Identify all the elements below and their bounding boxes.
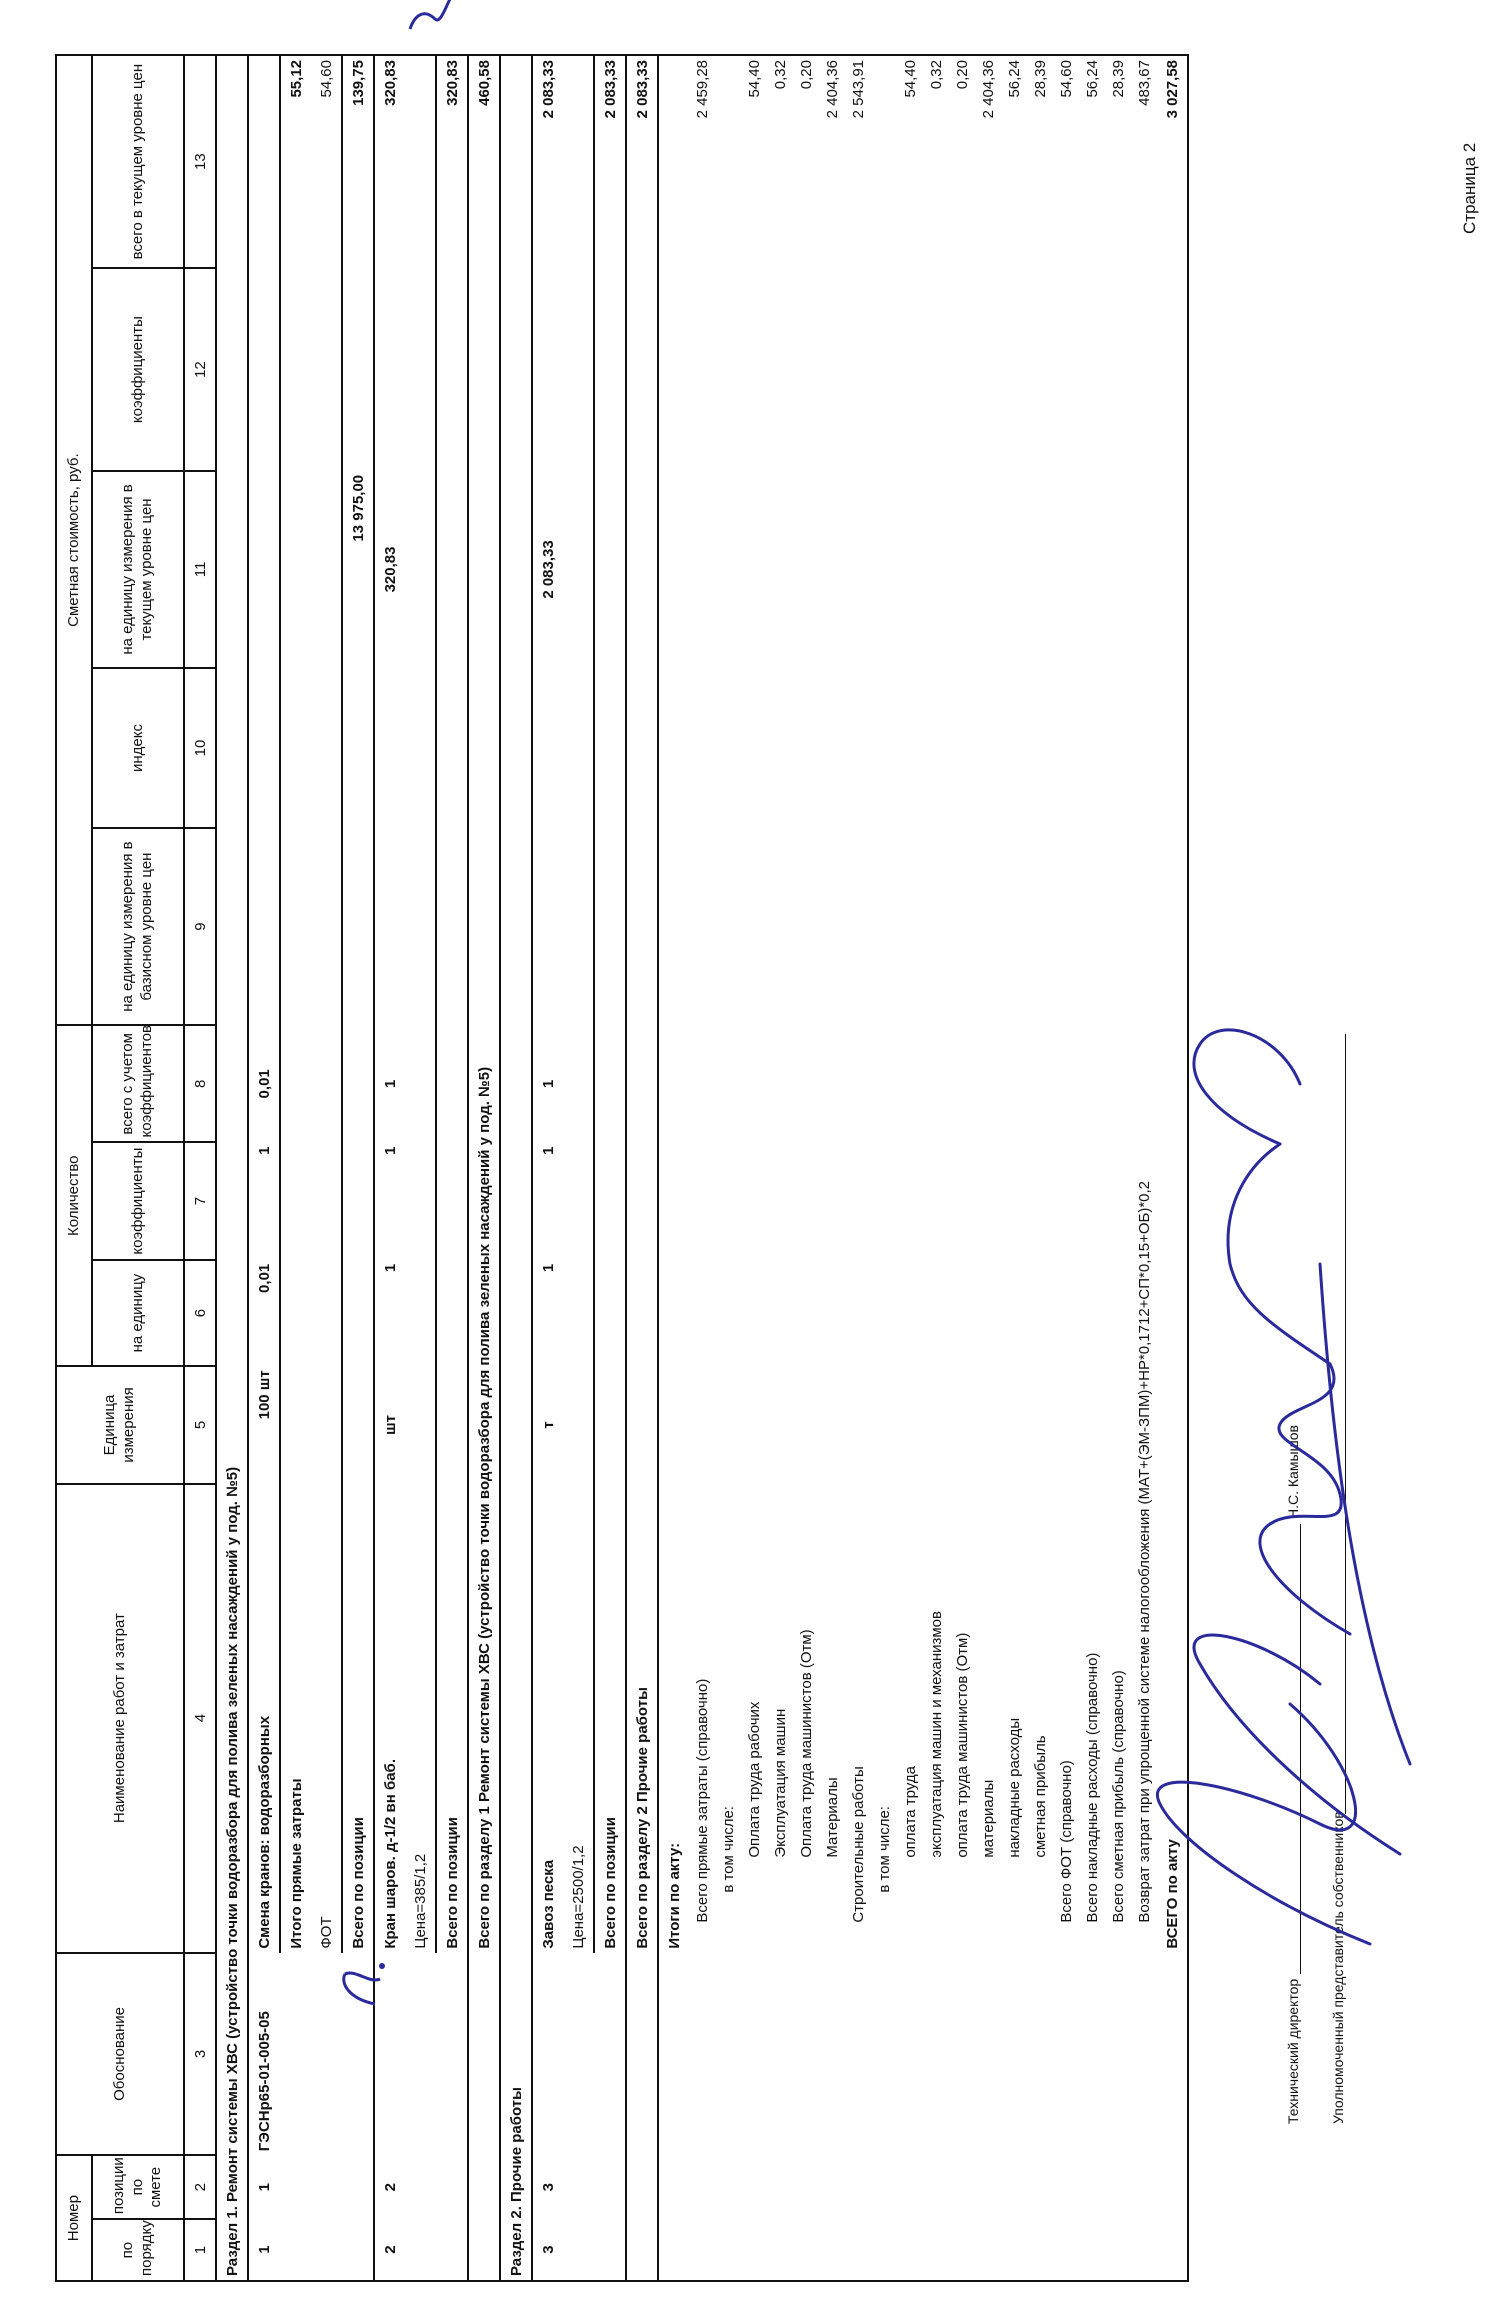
totals-row-label: Оплата труда машинистов (Отм) (793, 268, 819, 1952)
item-total-qty: 1 (374, 1025, 405, 1142)
document-page: Номер Обоснование Наименование работ и з… (0, 0, 1507, 2314)
totals-row-value: 28,39 (1105, 55, 1131, 268)
colnum: 8 (184, 1025, 216, 1142)
totals-row: накладные расходы56,24 (1001, 55, 1027, 2281)
section-2-total-row: Всего по разделу 2 Прочие работы 2 083,3… (626, 55, 658, 2281)
totals-row-value: 0,20 (793, 55, 819, 268)
item-code: ГЭСНр65-01-005-05 (248, 1953, 280, 2156)
section-2-total-label: Всего по разделу 2 Прочие работы (626, 268, 658, 1952)
page-number: Страница 2 (1460, 143, 1480, 234)
totals-title-row: Итоги по акту: (658, 55, 689, 2281)
colnum: 7 (184, 1142, 216, 1259)
header-nomer: Номер (56, 2155, 92, 2281)
header-vsego-s-uchetom: всего с учетом коэффициентов (92, 1025, 184, 1142)
header-baz: на единицу измерения в базисном уровне ц… (92, 828, 184, 1025)
totals-row: Строительные работы2 543,91 (845, 55, 871, 2281)
fot-label: ФОТ (311, 1484, 342, 1953)
section-2-total-value: 2 083,33 (626, 55, 658, 268)
table-row: 3 3 Завоз песка т 1 1 1 2 083,33 2 083,3… (532, 55, 563, 2281)
totals-row-label: Оплата труда рабочих (741, 268, 767, 1952)
totals-row-value: 0,32 (767, 55, 793, 268)
table-row: Всего по позиции 320,83 (436, 55, 468, 2281)
header-tek: на единицу измерения в текущем уровне це… (92, 471, 184, 668)
totals-row-value: 2 459,28 (689, 55, 715, 268)
direct-costs-label: Итого прямые затраты (280, 1484, 311, 1953)
totals-row-label: оплата труда машинистов (Отм) (949, 268, 975, 1952)
position-total-value: 139,75 (342, 55, 374, 268)
item-per-unit: 0,01 (248, 1260, 280, 1367)
header-koef: коэффициенты (92, 1142, 184, 1259)
totals-row-label: сметная прибыль (1027, 268, 1053, 1952)
totals-row-value: 0,20 (949, 55, 975, 268)
column-numbers-row: 1 2 3 4 5 6 7 8 9 10 11 12 13 (184, 55, 216, 2281)
section-1-total-value: 460,58 (468, 55, 500, 268)
header-po-poryadku: по порядку (92, 2219, 184, 2281)
totals-row-label: Материалы (819, 268, 845, 1952)
handwritten-signature-icon (1120, 964, 1420, 1964)
colnum: 11 (184, 471, 216, 668)
item-unit: 100 шт (248, 1366, 280, 1483)
totals-row-label: Всего ФОТ (справочно) (1053, 268, 1079, 1952)
totals-row: оплата труда54,40 (897, 55, 923, 2281)
table-row: ФОТ 54,60 (311, 55, 342, 2281)
price-current: 320,83 (374, 471, 405, 668)
direct-costs-value: 55,12 (280, 55, 311, 268)
item-position: 1 (248, 2155, 280, 2219)
handwritten-mark-icon (330, 1954, 390, 2014)
colnum: 1 (184, 2219, 216, 2281)
table-row: Итого прямые затраты 55,12 (280, 55, 311, 2281)
header-vsego-tek: всего в текущем уровне цен (92, 55, 184, 268)
totals-title: Итоги по акту: (658, 268, 689, 1952)
totals-row: оплата труда машинистов (Отм)0,20 (949, 55, 975, 2281)
totals-row-label: в том числе: (715, 268, 741, 1952)
colnum: 5 (184, 1366, 216, 1483)
colnum: 3 (184, 1953, 216, 2156)
totals-row: эксплуатация машин и механизмов0,32 (923, 55, 949, 2281)
section-2-title-row: Раздел 2. Прочие работы (500, 55, 532, 2281)
item-coef: 1 (374, 1142, 405, 1259)
totals-row: в том числе: (715, 55, 741, 2281)
totals-row-value: 56,24 (1001, 55, 1027, 268)
colnum: 4 (184, 1484, 216, 1953)
price-current: 2 083,33 (532, 471, 563, 668)
totals-row: Всего ФОТ (справочно)54,60 (1053, 55, 1079, 2281)
header-edinica: Единица измерения (56, 1366, 184, 1483)
item-unit: шт (374, 1366, 405, 1483)
totals-row: Всего накладные расходы (справочно)56,24 (1079, 55, 1105, 2281)
position-total-value: 2 083,33 (594, 55, 626, 268)
header-naimenovanie: Наименование работ и затрат (56, 1484, 184, 1953)
grand-total-value: 3 027,58 (1157, 55, 1188, 268)
handwritten-page-mark-icon (400, 0, 460, 44)
totals-row-label: Всего прямые затраты (справочно) (689, 268, 715, 1952)
section-1-title: Раздел 1. Ремонт системы ХВС (устройство… (216, 55, 248, 2281)
totals-row: в том числе: (871, 55, 897, 2281)
header-indeks: индекс (92, 668, 184, 828)
totals-row-label: эксплуатация машин и механизмов (923, 268, 949, 1952)
header-kolichestvo: Количество (56, 1025, 92, 1366)
totals-row-label: накладные расходы (1001, 268, 1027, 1952)
fot-value: 54,60 (311, 55, 342, 268)
position-total-label: Всего по позиции (594, 1484, 626, 1953)
totals-row-value: 28,39 (1027, 55, 1053, 268)
item-position: 2 (374, 2155, 405, 2219)
item-number: 1 (248, 2219, 280, 2281)
colnum: 12 (184, 268, 216, 471)
position-total-value: 320,83 (436, 55, 468, 268)
totals-row-value: 54,40 (897, 55, 923, 268)
colnum: 10 (184, 668, 216, 828)
totals-row: Всего прямые затраты (справочно)2 459,28 (689, 55, 715, 2281)
section-2-title: Раздел 2. Прочие работы (500, 55, 532, 2281)
item-total-qty: 0,01 (248, 1025, 280, 1142)
item-name: Завоз песка (532, 1484, 563, 1953)
item-name: Кран шаров. д-1/2 вн баб. (374, 1484, 405, 1953)
colnum: 6 (184, 1260, 216, 1367)
totals-row-value (715, 55, 741, 268)
position-total-label: Всего по позиции (342, 1484, 374, 1953)
item-total-qty: 1 (532, 1025, 563, 1142)
totals-row: Оплата труда рабочих54,40 (741, 55, 767, 2281)
totals-row-value: 2 543,91 (845, 55, 871, 268)
item-unit: т (532, 1366, 563, 1483)
price-current: 13 975,00 (342, 471, 374, 668)
totals-row: материалы2 404,36 (975, 55, 1001, 2281)
totals-row-label: материалы (975, 268, 1001, 1952)
totals-row-value: 0,32 (923, 55, 949, 268)
item-total: 320,83 (374, 55, 405, 268)
table-row: 1 1 ГЭСНр65-01-005-05 Смена кранов: водо… (248, 55, 280, 2281)
header-na-edinicu: на единицу (92, 1260, 184, 1367)
totals-row: Эксплуатация машин0,32 (767, 55, 793, 2281)
header-pozicii: позиции по смете (92, 2155, 184, 2219)
item-per-unit: 1 (374, 1260, 405, 1367)
item-coef: 1 (248, 1142, 280, 1259)
totals-row-value: 54,60 (1053, 55, 1079, 268)
table-row: Цена=385/1,2 (405, 55, 436, 2281)
totals-row: Оплата труда машинистов (Отм)0,20 (793, 55, 819, 2281)
totals-row-label: в том числе: (871, 268, 897, 1952)
section-1-total-label: Всего по разделу 1 Ремонт системы ХВС (у… (468, 268, 500, 1952)
section-1-total-row: Всего по разделу 1 Ремонт системы ХВС (у… (468, 55, 500, 2281)
totals-row: Материалы2 404,36 (819, 55, 845, 2281)
table-row: Цена=2500/1,2 (563, 55, 594, 2281)
table-row: Всего по позиции 2 083,33 (594, 55, 626, 2281)
header-obosnovanie: Обоснование (56, 1953, 184, 2156)
header-smetnaya: Сметная стоимость, руб. (56, 55, 92, 1025)
totals-row: сметная прибыль28,39 (1027, 55, 1053, 2281)
totals-row-value: 2 404,36 (819, 55, 845, 268)
totals-row-value: 2 404,36 (975, 55, 1001, 268)
estimate-table: Номер Обоснование Наименование работ и з… (55, 54, 1189, 2282)
totals-row-value: 54,40 (741, 55, 767, 268)
item-per-unit: 1 (532, 1260, 563, 1367)
header-koef2: коэффициенты (92, 268, 184, 471)
price-note: Цена=385/1,2 (405, 1484, 436, 1953)
totals-row-label: оплата труда (897, 268, 923, 1952)
totals-list: Всего прямые затраты (справочно)2 459,28… (689, 55, 1157, 2281)
item-total: 2 083,33 (532, 55, 563, 268)
totals-row-value: 483,67 (1131, 55, 1157, 268)
item-coef: 1 (532, 1142, 563, 1259)
table-row: 2 2 Кран шаров. д-1/2 вн баб. шт 1 1 1 3… (374, 55, 405, 2281)
totals-row-label: Строительные работы (845, 268, 871, 1952)
table-row: Всего по позиции 13 975,00 139,75 (342, 55, 374, 2281)
colnum: 2 (184, 2155, 216, 2219)
item-number: 3 (532, 2219, 563, 2281)
totals-row-value (871, 55, 897, 268)
colnum: 9 (184, 828, 216, 1025)
position-total-label: Всего по позиции (436, 1484, 468, 1953)
totals-row-label: Эксплуатация машин (767, 268, 793, 1952)
tech-director-label: Технический директор (1285, 1979, 1301, 2124)
item-position: 3 (532, 2155, 563, 2219)
item-name: Смена кранов: водоразборных (248, 1484, 280, 1953)
item-number: 2 (374, 2219, 405, 2281)
totals-row-value: 56,24 (1079, 55, 1105, 268)
price-note: Цена=2500/1,2 (563, 1484, 594, 1953)
totals-row-label: Всего накладные расходы (справочно) (1079, 268, 1105, 1952)
colnum: 13 (184, 55, 216, 268)
section-1-title-row: Раздел 1. Ремонт системы ХВС (устройство… (216, 55, 248, 2281)
